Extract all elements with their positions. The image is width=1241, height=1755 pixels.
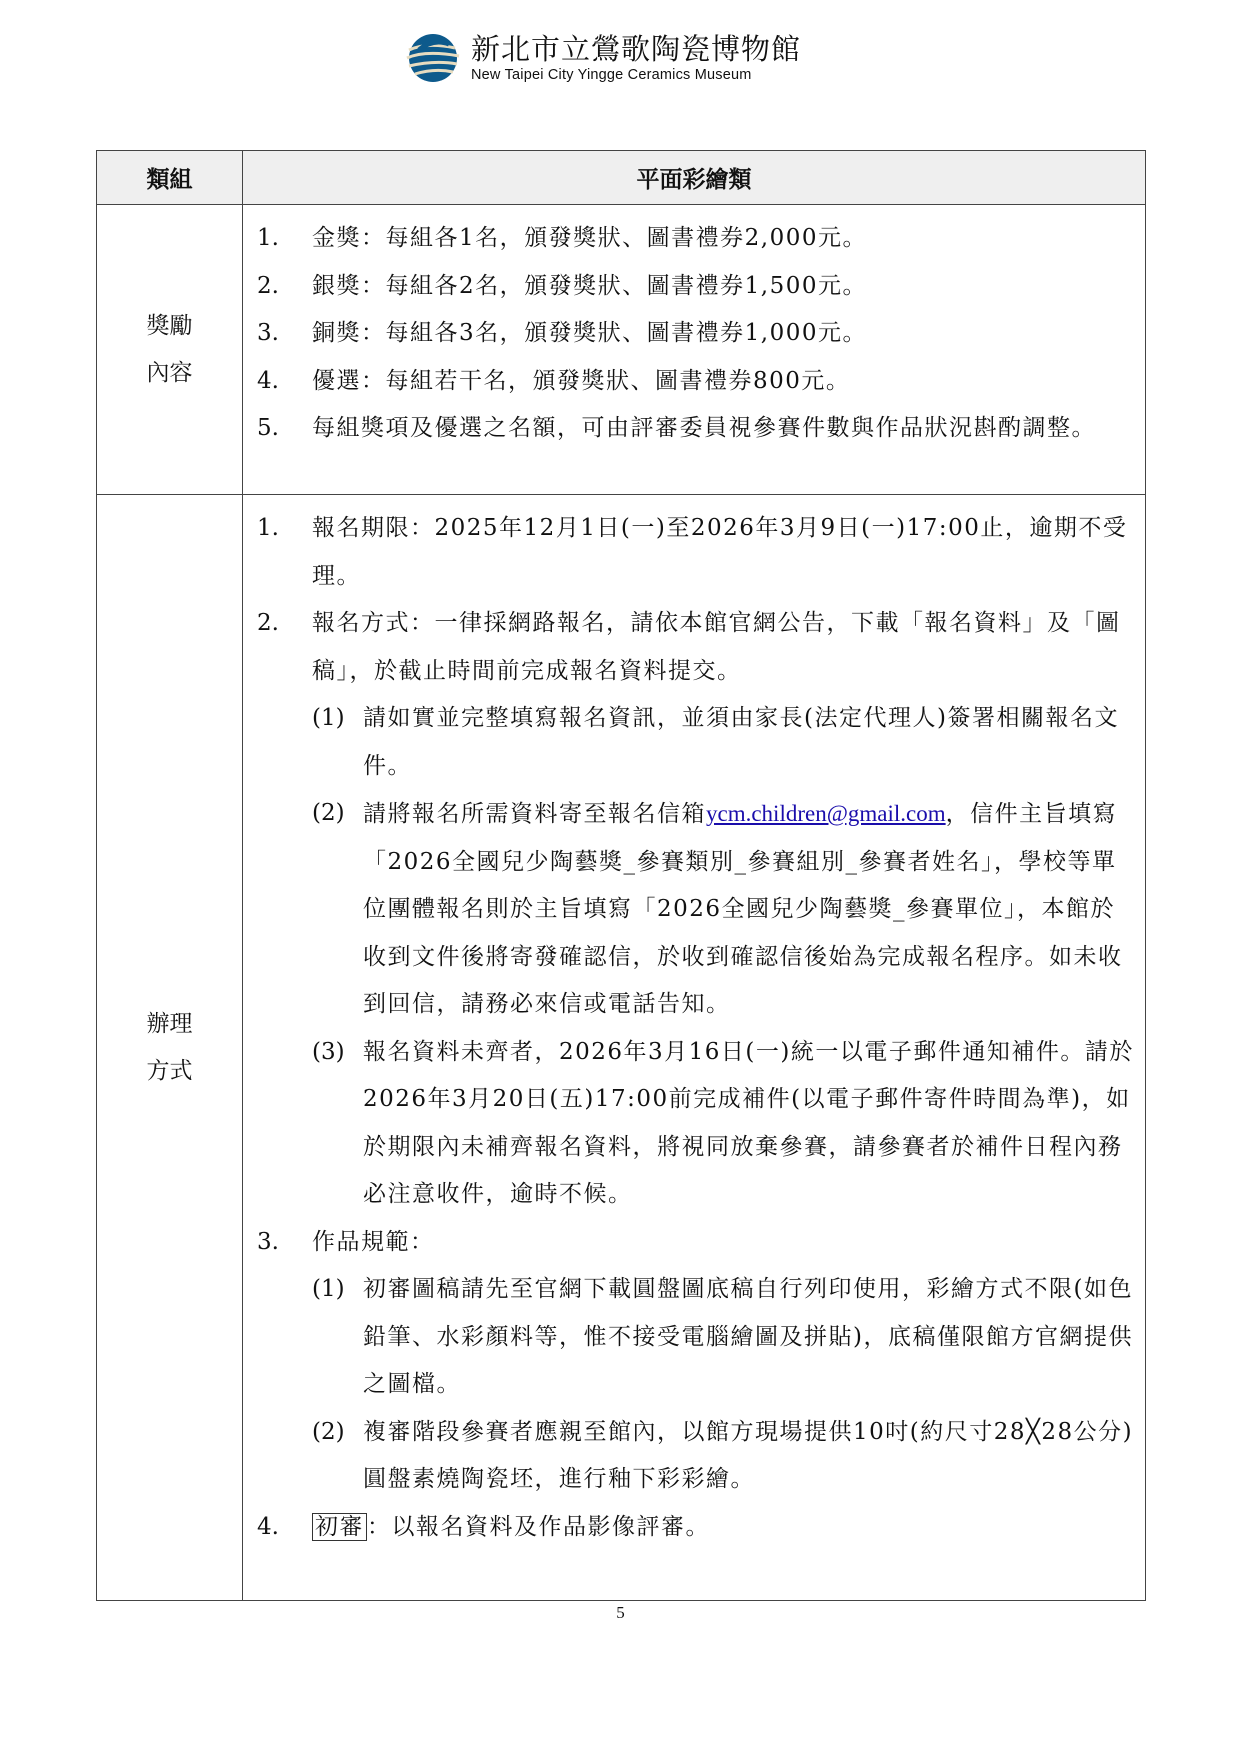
- list-item: 4.優選：每組若干名，頒發獎狀、圖書禮券800元。: [243, 358, 1135, 406]
- museum-name-zh: 新北市立鶯歌陶瓷博物館: [471, 32, 801, 66]
- museum-logo-icon: [405, 30, 461, 86]
- col-header-flat-painting: 平面彩繪類: [243, 151, 1146, 205]
- awards-content: 1.金獎：每組各1名，頒發獎狀、圖書禮券2,000元。 2.銀獎：每組各2名，頒…: [243, 205, 1146, 495]
- registration-email-link[interactable]: ycm.children@gmail.com: [706, 801, 946, 826]
- procedure-content: 1.報名期限：2025年12月1日(一)至2026年3月9日(一)17:00止，…: [243, 495, 1146, 1601]
- col-header-category-group: 類組: [97, 151, 243, 205]
- list-item: 3.銅獎：每組各3名，頒發獎狀、圖書禮券1,000元。: [243, 310, 1135, 358]
- list-item: 3.作品規範：: [243, 1219, 1135, 1267]
- list-item: 1.金獎：每組各1名，頒發獎狀、圖書禮券2,000元。: [243, 215, 1135, 263]
- list-item: 1.報名期限：2025年12月1日(一)至2026年3月9日(一)17:00止，…: [243, 505, 1135, 600]
- page-number: 5: [0, 1603, 1241, 1623]
- sub-list-item: (3)報名資料未齊者，2026年3月16日(一)統一以電子郵件通知補件。請於20…: [243, 1029, 1135, 1219]
- list-item: 4.初審：以報名資料及作品影像評審。: [243, 1504, 1135, 1552]
- sub-list-item: (1)請如實並完整填寫報名資訊，並須由家長(法定代理人)簽署相關報名文件。: [243, 695, 1135, 790]
- sub-list-item: (2)請將報名所需資料寄至報名信箱ycm.children@gmail.com，…: [243, 790, 1135, 1029]
- row-label-awards: 獎勵 內容: [97, 205, 243, 495]
- sub-list-item: (2)複審階段參賽者應親至館內，以館方現場提供10吋(約尺寸28╳28公分)圓盤…: [243, 1409, 1135, 1504]
- list-item: 5.每組獎項及優選之名額，可由評審委員視參賽件數與作品狀況斟酌調整。: [243, 405, 1135, 453]
- rules-table: 類組 平面彩繪類 獎勵 內容 1.金獎：每組各1名，頒發獎狀、圖書禮券2,000…: [96, 150, 1146, 1601]
- row-label-procedure: 辦理 方式: [97, 495, 243, 1601]
- table-row-procedure: 辦理 方式 1.報名期限：2025年12月1日(一)至2026年3月9日(一)1…: [97, 495, 1146, 1601]
- museum-name-en: New Taipei City Yingge Ceramics Museum: [471, 66, 801, 84]
- list-item: 2.銀獎：每組各2名，頒發獎狀、圖書禮券1,500元。: [243, 263, 1135, 311]
- museum-header: 新北市立鶯歌陶瓷博物館 New Taipei City Yingge Ceram…: [405, 28, 801, 88]
- table-row-awards: 獎勵 內容 1.金獎：每組各1名，頒發獎狀、圖書禮券2,000元。 2.銀獎：每…: [97, 205, 1146, 495]
- sub-list-item: (1)初審圖稿請先至官網下載圓盤圖底稿自行列印使用，彩繪方式不限(如色鉛筆、水彩…: [243, 1266, 1135, 1409]
- table-header-row: 類組 平面彩繪類: [97, 151, 1146, 205]
- list-item: 2.報名方式：一律採網路報名，請依本館官網公告，下載「報名資料」及「圖稿」，於截…: [243, 600, 1135, 695]
- preliminary-review-tag: 初審: [312, 1513, 367, 1541]
